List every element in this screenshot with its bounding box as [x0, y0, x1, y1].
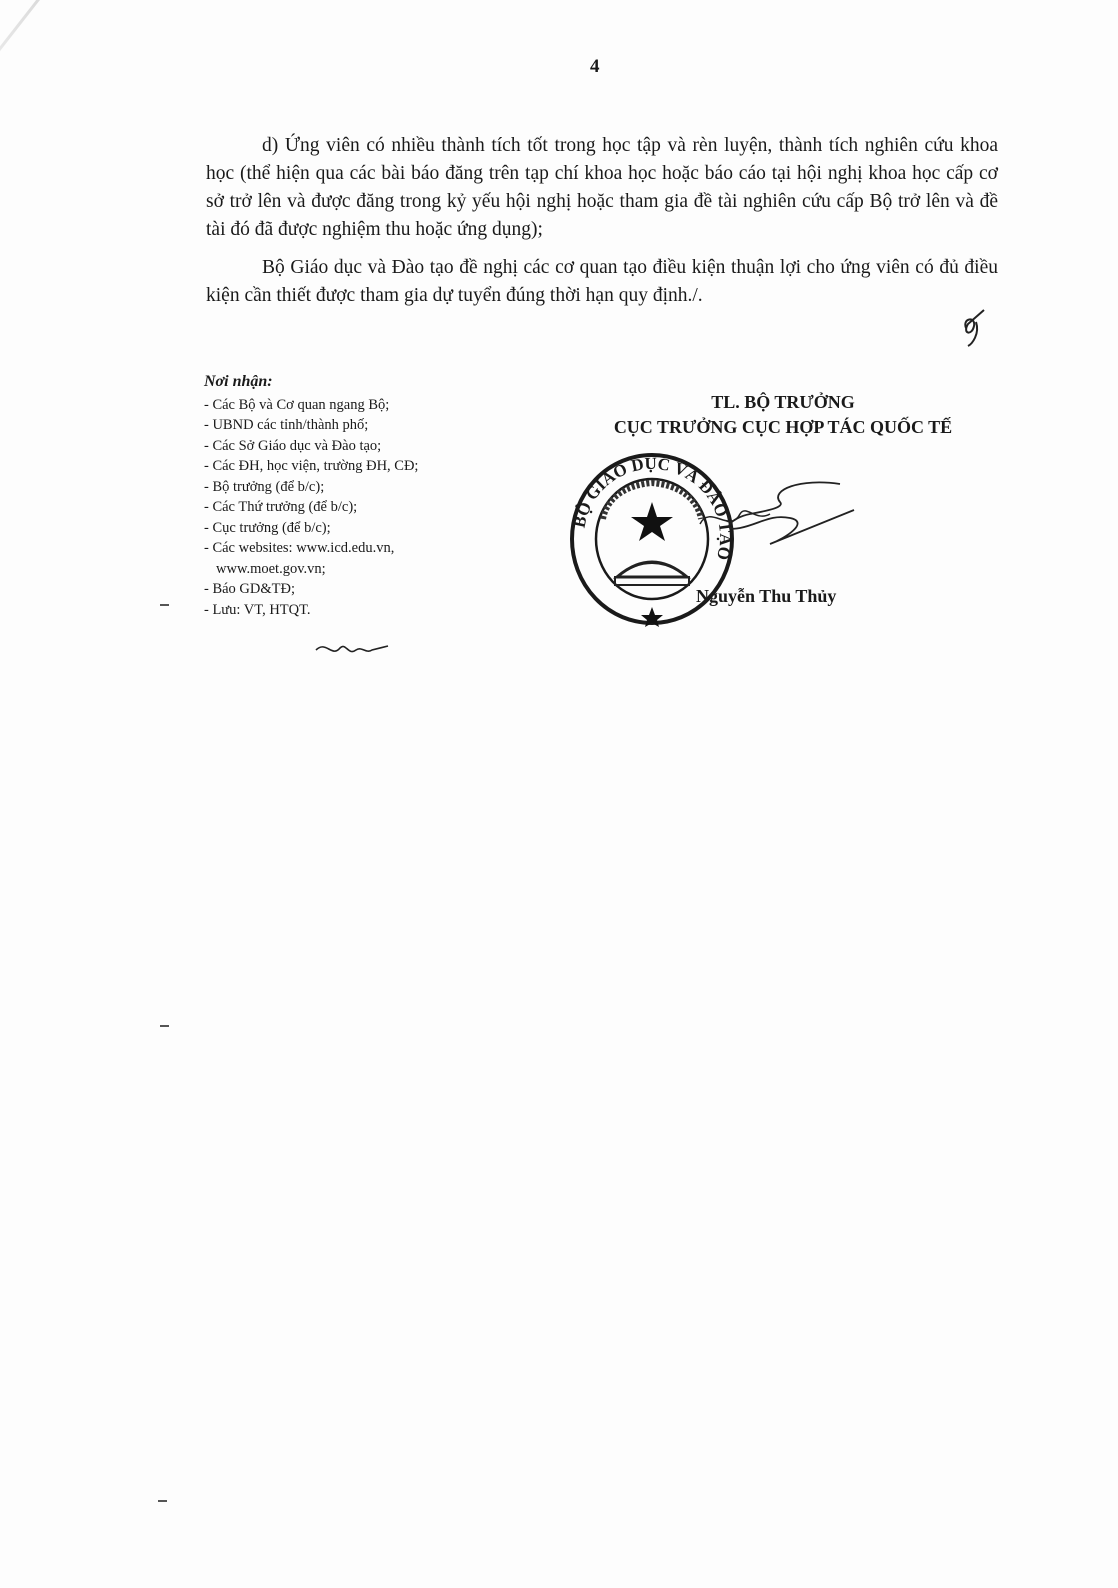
recipient-item: - Các ĐH, học viện, trường ĐH, CĐ;	[204, 456, 524, 477]
paragraph-closing: Bộ Giáo dục và Đào tạo đề nghị các cơ qu…	[206, 254, 998, 310]
clerk-initials-icon	[312, 636, 392, 664]
recipients-heading: Nơi nhận:	[204, 372, 524, 393]
recipient-item: - UBND các tỉnh/thành phố;	[204, 415, 524, 436]
recipient-item: www.moet.gov.vn;	[204, 559, 524, 580]
handwritten-signature-icon	[690, 474, 860, 564]
recipient-item: - Các websites: www.icd.edu.vn,	[204, 538, 524, 559]
recipient-item: - Báo GD&TĐ;	[204, 579, 524, 600]
scan-margin-mark	[160, 604, 169, 606]
recipients-list: Nơi nhận: - Các Bộ và Cơ quan ngang Bộ; …	[204, 372, 524, 620]
scan-margin-mark	[158, 1500, 167, 1502]
document-body: d) Ứng viên có nhiều thành tích tốt tron…	[206, 132, 998, 310]
recipient-item: - Các Bộ và Cơ quan ngang Bộ;	[204, 395, 524, 416]
page-number: 4	[590, 56, 600, 78]
scan-edge-artifact	[0, 0, 96, 62]
scan-margin-mark	[160, 1025, 169, 1027]
recipient-item: - Bộ trưởng (để b/c);	[204, 477, 524, 498]
paragraph-criteria-d: d) Ứng viên có nhiều thành tích tốt tron…	[206, 132, 998, 244]
initials-mark-icon	[958, 300, 1008, 350]
signature-block: TL. BỘ TRƯỞNG CỤC TRƯỞNG CỤC HỢP TÁC QUỐ…	[558, 390, 1008, 440]
signature-title: TL. BỘ TRƯỞNG	[558, 390, 1008, 415]
recipient-item: - Lưu: VT, HTQT.	[204, 600, 524, 621]
recipient-item: - Cục trưởng (để b/c);	[204, 518, 524, 539]
recipient-item: - Các Sở Giáo dục và Đào tạo;	[204, 436, 524, 457]
signature-position: CỤC TRƯỞNG CỤC HỢP TÁC QUỐC TẾ	[558, 415, 1008, 440]
recipient-item: - Các Thứ trưởng (để b/c);	[204, 497, 524, 518]
signer-name: Nguyễn Thu Thủy	[696, 586, 836, 607]
